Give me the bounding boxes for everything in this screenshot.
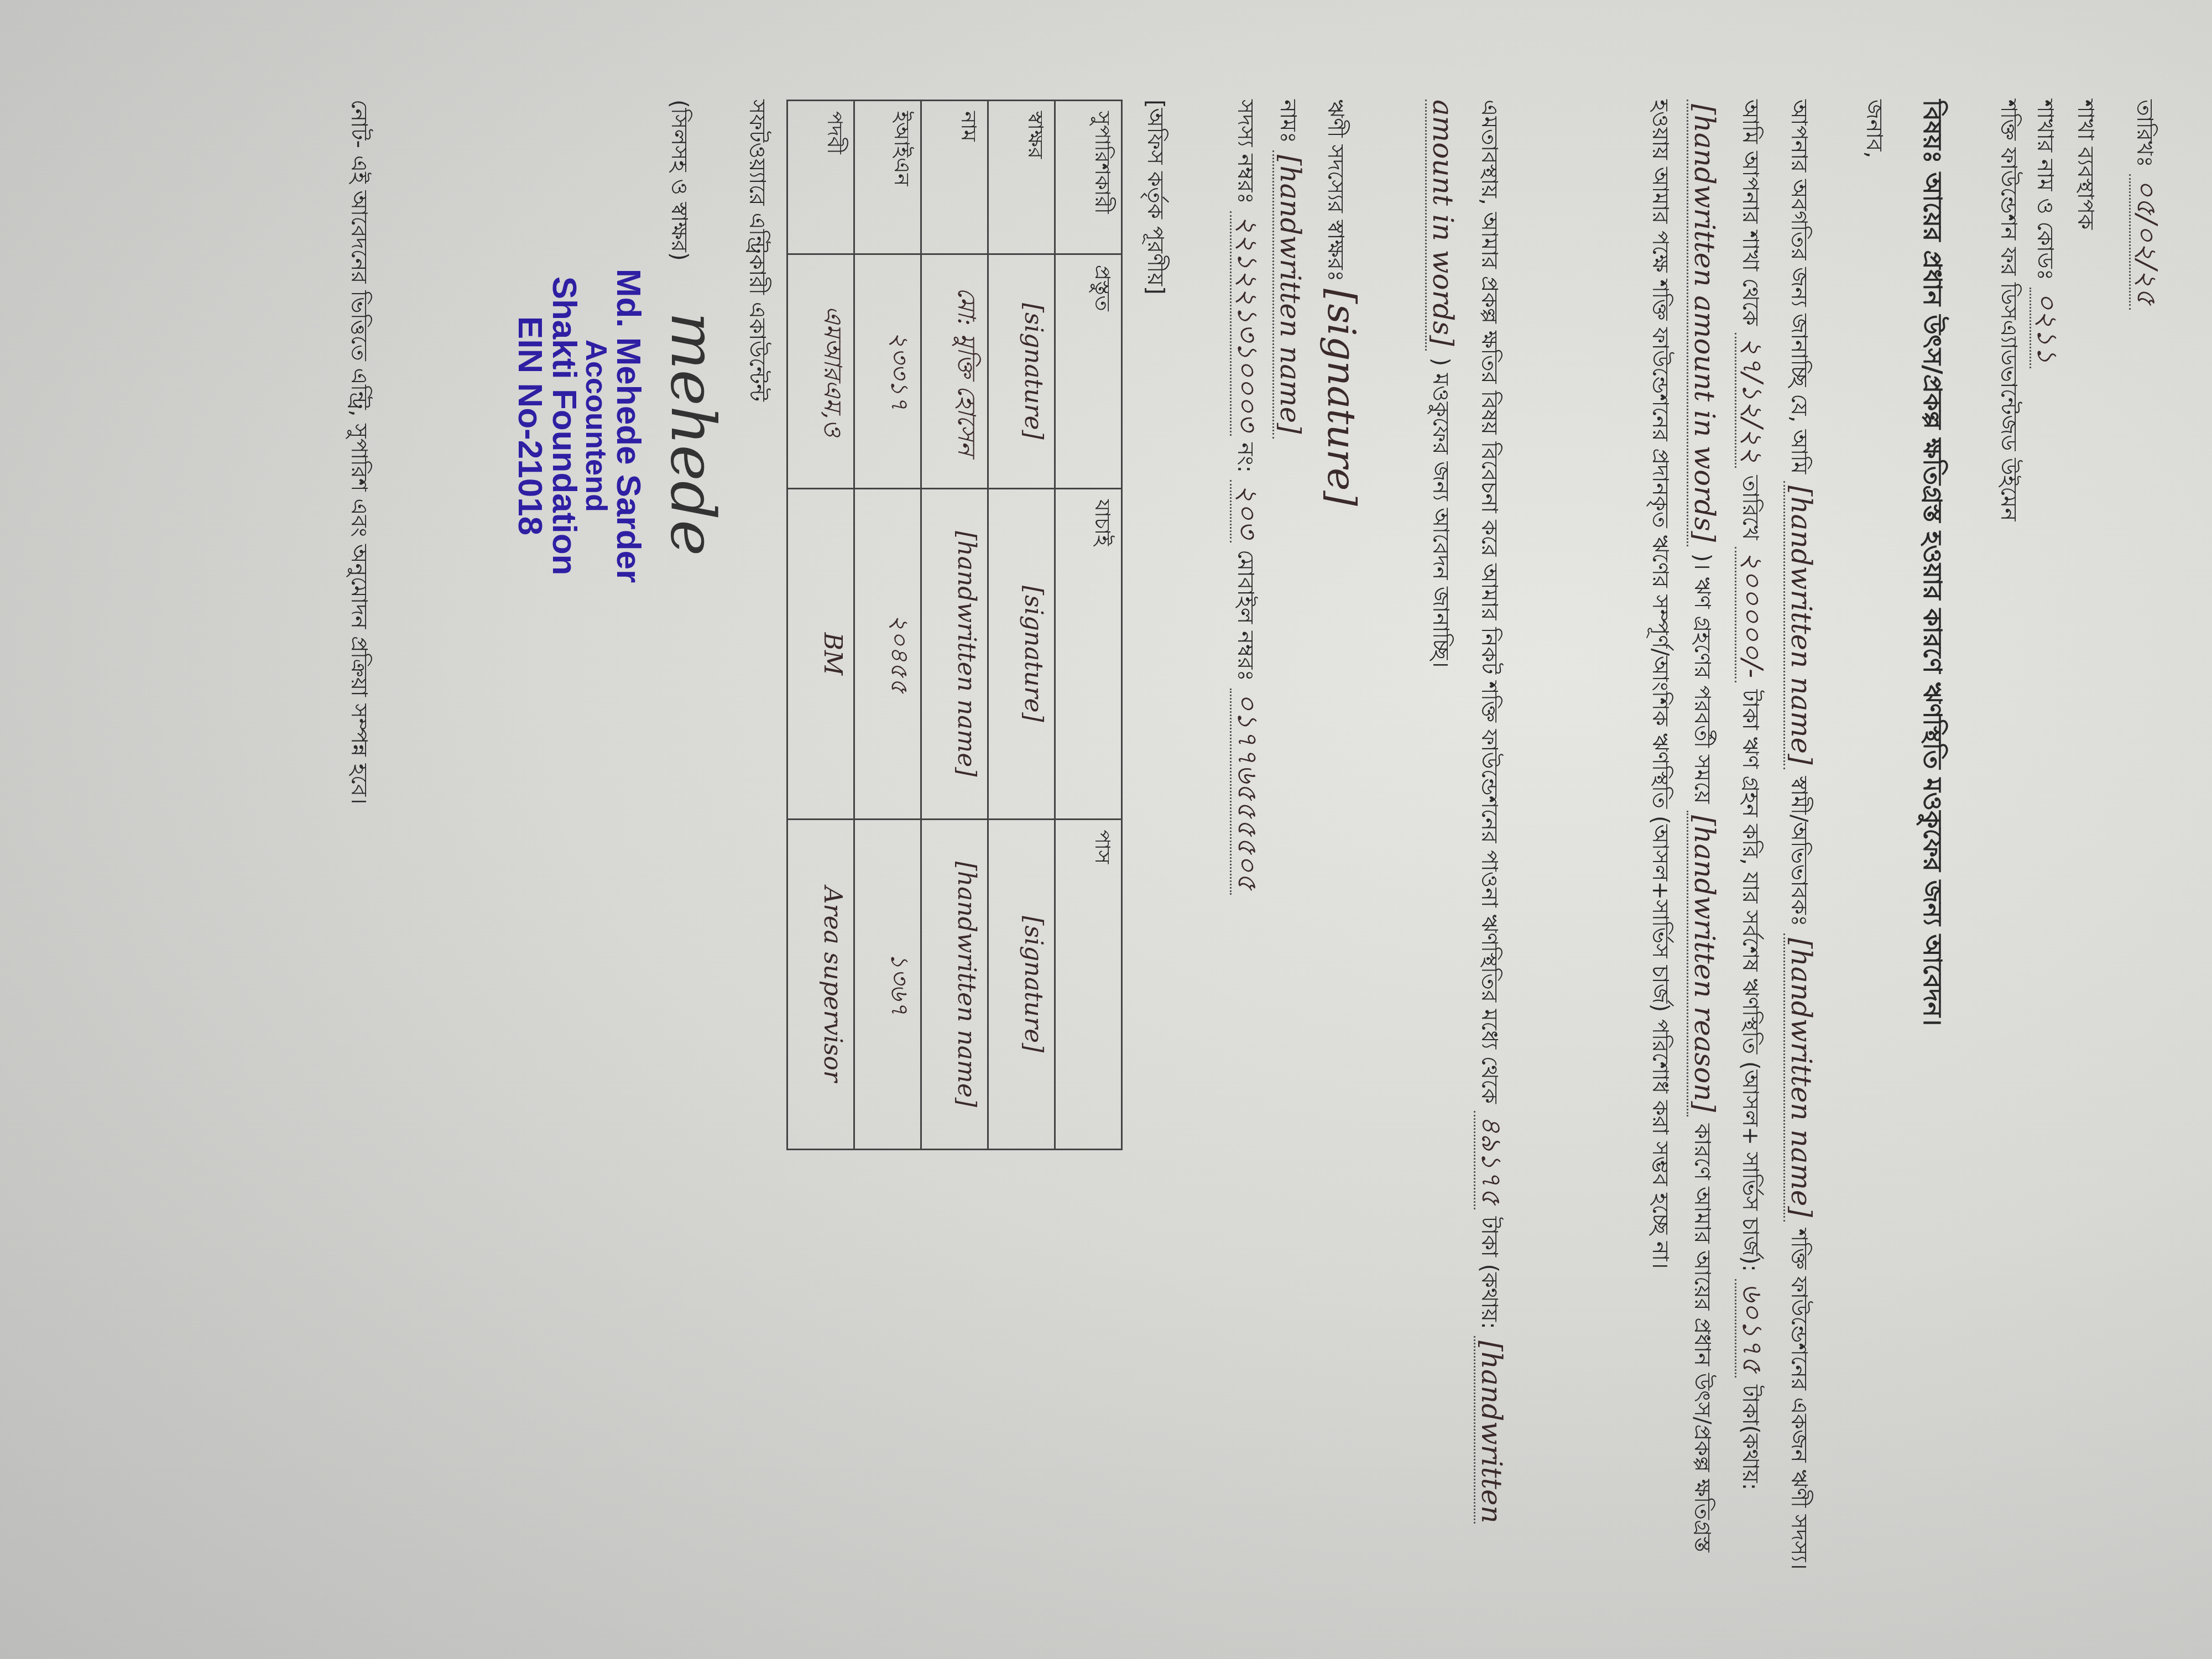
branch-line: শাখার নাম ও কোডঃ ০২১১ bbox=[2026, 100, 2069, 1587]
column-header: পাস bbox=[1055, 819, 1122, 1149]
body-text: আপনার অবগতির জন্য জানাচ্ছি যে, আমি bbox=[1786, 100, 1812, 474]
body-text: ) মওকুফের জন্য আবেদন জানাচ্ছি। bbox=[1428, 358, 1454, 668]
stamp-name: Md. Mehede Sarder bbox=[612, 177, 646, 675]
table-row: পদবী এমআরএম,ও BM Area supervisor bbox=[787, 101, 854, 1150]
member-no-value: ২২১২২১৩১০০০৩ bbox=[1230, 211, 1264, 436]
member-signature-label: ঋণী সদস্যের স্বাক্ষরঃ bbox=[1323, 100, 1348, 281]
loan-date-field: ২৭/১২/২২ bbox=[1735, 333, 1769, 468]
approver-label: সফটওয়্যারে এন্ট্রিকারী একাউন্টেন্ট bbox=[740, 100, 774, 1587]
table-cell: মো: মুক্তি হোসেন bbox=[921, 254, 988, 488]
loan-no-value: ২০৩ bbox=[1230, 480, 1264, 543]
branch-code: ০২১১ bbox=[2030, 288, 2064, 368]
member-name-label: নামঃ bbox=[1276, 100, 1301, 143]
table-cell: ১৩৬৭ bbox=[854, 819, 921, 1149]
table-row: স্বাক্ষর [signature] [signature] [signat… bbox=[988, 101, 1055, 1150]
approver-signature: mehede bbox=[658, 312, 728, 556]
member-name-field: [handwritten name] bbox=[1783, 481, 1817, 769]
table-cell: Area supervisor bbox=[787, 819, 854, 1149]
application-form: তারিখঃ ০৫/০২/২৫ শাখা ব্যবস্থাপক শাখার না… bbox=[166, 28, 2212, 1631]
row-label: ইআইএন bbox=[854, 101, 921, 254]
date-label: তারিখঃ bbox=[2132, 100, 2157, 168]
stamp-ein: EIN No-21018 bbox=[513, 177, 547, 675]
body-text: টাকা (কথায়: bbox=[1477, 1217, 1502, 1329]
body-text: এমতাবস্থায়, আমার প্রকল্প ক্ষতির বিষয় ব… bbox=[1477, 100, 1502, 1104]
table-cell: ২০৪৫৫ bbox=[854, 489, 921, 819]
body-text: টাকা(কথায়: bbox=[1738, 1385, 1764, 1490]
waiver-amount-field: ৪৯১৭৫ bbox=[1474, 1111, 1507, 1209]
addressee-title: শাখা ব্যবস্থাপক bbox=[2069, 100, 2103, 1587]
row-label: পদবী bbox=[787, 101, 854, 254]
body-text: )। ঋণ গ্রহণের পরবর্তী সময়ে bbox=[1689, 554, 1715, 804]
row-label: নাম bbox=[921, 101, 988, 254]
stamp-title: Accountend bbox=[582, 177, 612, 675]
table-row: ইআইএন ২৩৩১৭ ২০৪৫৫ ১৩৬৭ bbox=[854, 101, 921, 1150]
table-cell: এমআরএম,ও bbox=[787, 254, 854, 488]
body-text: স্বামী/অভিভাবকঃ bbox=[1786, 776, 1812, 926]
table-header-row: সুপারিশকারী প্রস্তুত যাচাই পাস bbox=[1055, 101, 1122, 1150]
table-cell: ২৩৩১৭ bbox=[854, 254, 921, 488]
body-paragraph-2: এমতাবস্থায়, আমার প্রকল্প ক্ষতির বিষয় ব… bbox=[1418, 100, 1515, 1587]
table-cell: [handwritten name] bbox=[921, 489, 988, 819]
office-table-wrap: সুপারিশকারী প্রস্তুত যাচাই পাস স্বাক্ষর … bbox=[786, 100, 1123, 1587]
guardian-name-field: [handwritten name] bbox=[1783, 933, 1817, 1222]
branch-label: শাখার নাম ও কোডঃ bbox=[2033, 100, 2058, 280]
column-header: সুপারিশকারী bbox=[1055, 101, 1122, 254]
table-cell: [signature] bbox=[988, 489, 1055, 819]
table-cell: [signature] bbox=[988, 254, 1055, 488]
body-text: তারিখে bbox=[1738, 475, 1764, 540]
stamp-org: Shakti Foundation bbox=[547, 177, 582, 675]
mobile-value: ০১৭৭৬৫৫৫৫০৫ bbox=[1230, 688, 1264, 895]
member-block: ঋণী সদস্যের স্বাক্ষরঃ [signature] নামঃ [… bbox=[1226, 100, 1372, 1587]
amount-words-field: [handwritten amount in words] bbox=[1687, 100, 1720, 546]
date-line: তারিখঃ ০৫/০২/২৫ bbox=[2125, 100, 2168, 1587]
loan-no-label: নং: bbox=[1233, 442, 1258, 473]
table-cell: [signature] bbox=[988, 819, 1055, 1149]
table-cell: BM bbox=[787, 489, 854, 819]
table-cell: [handwritten name] bbox=[921, 819, 988, 1149]
office-table: সুপারিশকারী প্রস্তুত যাচাই পাস স্বাক্ষর … bbox=[786, 100, 1123, 1150]
row-label: স্বাক্ষর bbox=[988, 101, 1055, 254]
organization-name: শক্তি ফাউন্ডেশন ফর ডিসএ্যাডভান্টেজড উইমে… bbox=[1991, 100, 2026, 1587]
footnote: নোট- এই আবেদনের ভিত্তিতে এন্ট্রি, সুপারি… bbox=[342, 100, 376, 1587]
salutation: জনাব, bbox=[1857, 100, 1891, 1587]
member-signature: [signature] bbox=[1319, 289, 1364, 506]
office-use-heading: [অফিস কর্তৃক পূরণীয়] bbox=[1138, 100, 1172, 1587]
body-text: টাকা ঋণ গ্রহন করি, যার সর্বশেষ ঋণস্থিতি … bbox=[1738, 690, 1764, 1272]
approver-sublabel: (সিলসহ ও স্বাক্ষর) bbox=[666, 100, 692, 261]
approver-block: সফটওয়্যারে এন্ট্রিকারী একাউন্টেন্ট (সিল… bbox=[513, 100, 775, 1587]
table-row: নাম মো: মুক্তি হোসেন [handwritten name] … bbox=[921, 101, 988, 1150]
outstanding-amount-field: ৬০১৭৫ bbox=[1735, 1279, 1769, 1378]
column-header: প্রস্তুত bbox=[1055, 254, 1122, 488]
body-paragraph-1: আপনার অবগতির জন্য জানাচ্ছি যে, আমি [hand… bbox=[1641, 100, 1825, 1587]
member-name-value: [handwritten name] bbox=[1273, 150, 1307, 439]
header-block: তারিখঃ ০৫/০২/২৫ শাখা ব্যবস্থাপক শাখার না… bbox=[1991, 100, 2168, 1587]
member-no-label: সদস্য নম্বরঃ bbox=[1233, 100, 1258, 204]
accountant-stamp: Md. Mehede Sarder Accountend Shakti Foun… bbox=[513, 177, 646, 675]
loan-amount-field: ২০০০০০/- bbox=[1735, 547, 1769, 682]
mobile-label: মোবাইল নম্বরঃ bbox=[1233, 550, 1258, 681]
column-header: যাচাই bbox=[1055, 489, 1122, 819]
reason-field: [handwritten reason] bbox=[1687, 811, 1720, 1117]
subject-line: বিষয়ঃ আয়ের প্রধান উৎস/প্রকল্প ক্ষতিগ্র… bbox=[1913, 100, 1952, 1587]
date-value: ০৫/০২/২৫ bbox=[2129, 174, 2163, 310]
